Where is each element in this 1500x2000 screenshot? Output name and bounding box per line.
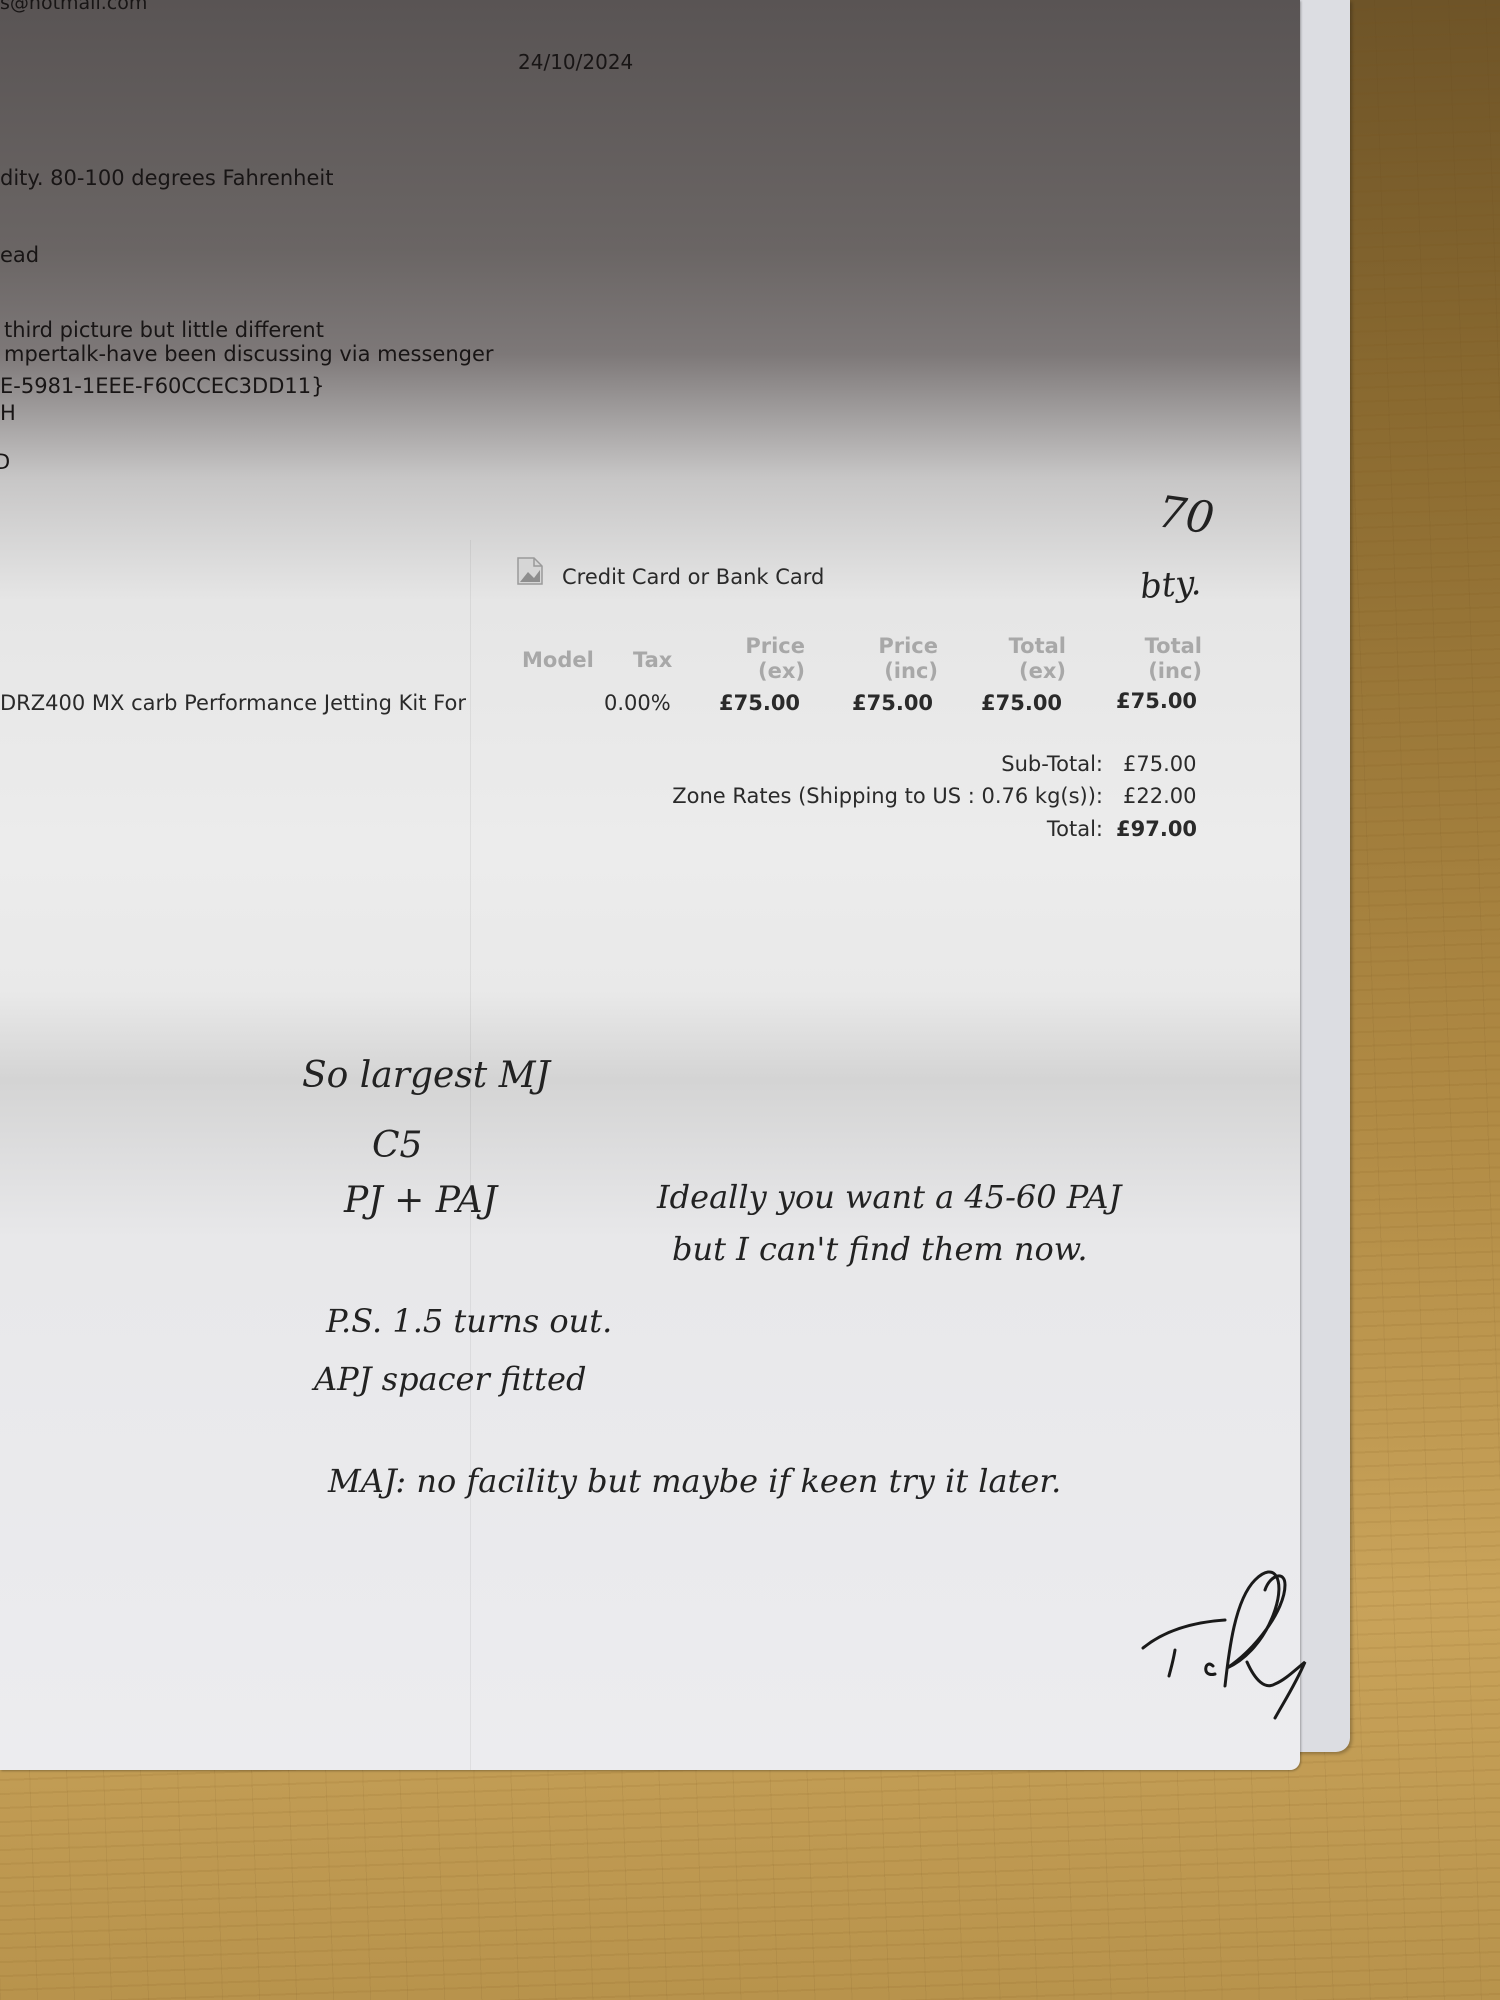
paper-fold-line: [470, 540, 471, 1770]
column-header-model: Model: [522, 648, 594, 673]
header-line: Price: [735, 634, 805, 659]
column-header-price-ex: Price (ex): [735, 634, 805, 684]
comment-line: dity. 80-100 degrees Fahrenheit: [0, 166, 333, 190]
header-line: (ex): [735, 659, 805, 684]
header-line: (inc): [866, 659, 938, 684]
handwritten-margin-note: bty.: [1139, 563, 1203, 607]
broken-image-icon: [516, 556, 544, 586]
column-header-total-inc: Total (inc): [1130, 634, 1202, 684]
total-label: Total:: [1047, 817, 1103, 841]
handwritten-line: APJ spacer fitted: [314, 1360, 586, 1398]
subtotal-label: Sub-Total:: [1001, 752, 1103, 776]
comment-line: third picture but little different: [4, 318, 324, 342]
invoice-sheet: s@hotmail.com 24/10/2024 dity. 80-100 de…: [0, 0, 1300, 1770]
product-name: DRZ400 MX carb Performance Jetting Kit F…: [0, 691, 466, 715]
subtotal-value: £75.00: [1123, 752, 1196, 776]
handwritten-line: C5: [372, 1125, 422, 1166]
handwritten-margin-note: 70: [1155, 486, 1218, 544]
comment-line: H: [0, 401, 16, 425]
header-line: (inc): [1130, 659, 1202, 684]
handwritten-line: So largest MJ: [302, 1055, 550, 1096]
total-inc-value: £75.00: [1116, 689, 1197, 713]
price-inc-value: £75.00: [852, 691, 933, 715]
header-line: Price: [866, 634, 938, 659]
comment-line: ead: [0, 243, 39, 267]
total-ex-value: £75.00: [981, 691, 1062, 715]
order-date: 24/10/2024: [518, 50, 633, 74]
header-line: Total: [996, 634, 1066, 659]
header-line: Total: [1130, 634, 1202, 659]
total-value: £97.00: [1116, 817, 1197, 841]
handwritten-line: P.S. 1.5 turns out.: [326, 1302, 612, 1340]
header-line: (ex): [996, 659, 1066, 684]
shipping-value: £22.00: [1123, 784, 1196, 808]
price-ex-value: £75.00: [719, 691, 800, 715]
comment-line: D: [0, 450, 10, 474]
reference-id: E-5981-1EEE-F60CCEC3DD11}: [0, 374, 324, 398]
signature: [1135, 1550, 1335, 1720]
comment-line: mpertalk-have been discussing via messen…: [4, 342, 494, 366]
column-header-tax: Tax: [633, 648, 672, 673]
handwritten-line: PJ + PAJ: [344, 1180, 497, 1221]
handwritten-line: Ideally you want a 45-60 PAJ: [657, 1178, 1121, 1216]
column-header-price-inc: Price (inc): [866, 634, 938, 684]
handwritten-line: MAJ: no facility but maybe if keen try i…: [328, 1462, 1061, 1500]
payment-method-label: Credit Card or Bank Card: [562, 565, 824, 589]
tax-rate: 0.00%: [604, 691, 671, 715]
customer-email: s@hotmail.com: [0, 0, 147, 14]
shipping-label: Zone Rates (Shipping to US : 0.76 kg(s))…: [672, 784, 1103, 808]
handwritten-line: but I can't find them now.: [672, 1230, 1088, 1268]
column-header-total-ex: Total (ex): [996, 634, 1066, 684]
